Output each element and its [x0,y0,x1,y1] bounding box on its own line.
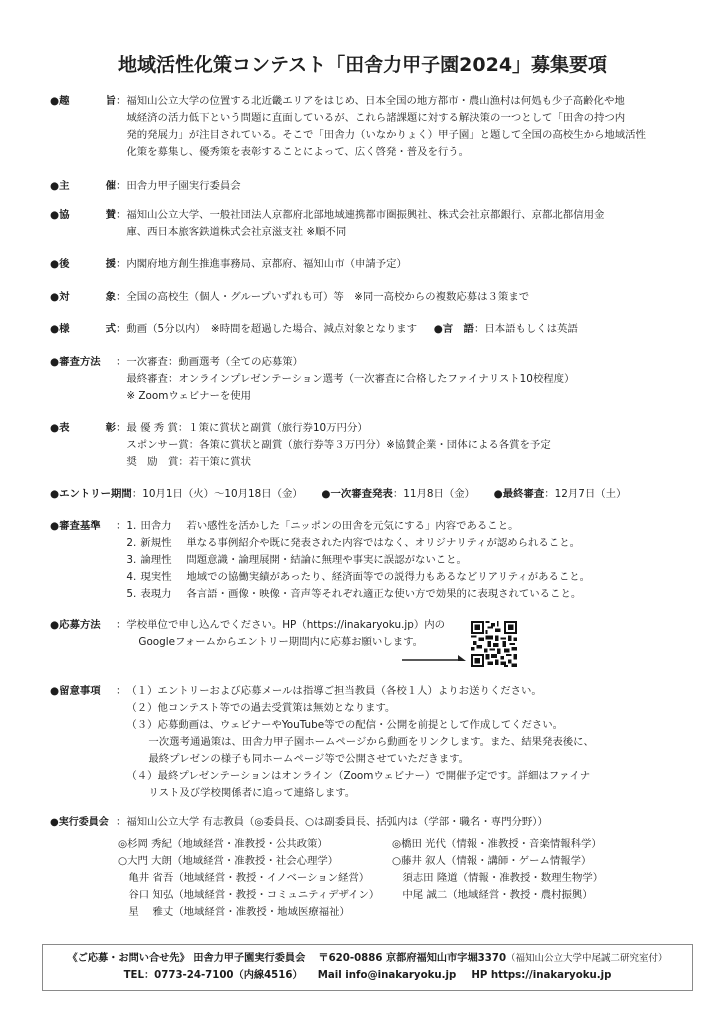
page-title: 地域活性化策コンテスト「田舎力甲子園2024」募集要項 [0,50,725,77]
contact-address-note: （福知山公立大学中尾誠二研究室付） [506,953,668,964]
contact-label: 《ご応募・お問い合せ先》 [67,953,189,964]
member: 須志田 隆道（情報・准教授・数理生物学） [392,870,652,887]
final-review-label: ●最終審査 [494,488,545,500]
note-line: （４）最終プレゼンテーションはオンライン（Zoomウェビナー）で開催予定です。詳… [126,768,594,785]
review-line: 一次審査：動画選考（全ての応募策） [126,354,574,371]
section-schedule: ●エントリー期間：10月1日（火）～10月18日（金） ●一次審査発表：11月8… [50,486,626,503]
contact-hp[interactable]: HP https://inakaryoku.jp [471,970,611,981]
member: 中尾 誠二（地域経営・教授・農村振興） [392,887,652,904]
first-review-value: 11月8日（金） [403,488,475,500]
member: ◎橋田 光代（情報・准教授・音楽情報科学） [392,836,652,853]
section-application: ●応募方法： 学校単位で申し込んでください。HP（https://inakary… [50,617,445,651]
section-sponsors: ●協賛： 福知山公立大学、一般社団法人京都府北部地域連携都市圏振興社、株式会社京… [50,207,604,241]
criteria-label: ●審査基準 [50,518,116,603]
section-eligibility: ●対象： 全国の高校生（個人・グループいずれも可）等 ※同一高校からの複数応募は… [50,289,529,306]
award-line: 奨 励 賞：若干策に賞状 [126,454,550,471]
purpose-line: 化策を募集し、優秀策を表彰することによって、広く啓発・普及を行う。 [126,144,680,161]
application-line: 学校単位で申し込んでください。HP（https://inakaryoku.jp）… [126,617,445,634]
review-line: ※ Zoomウェビナーを使用 [126,388,574,405]
section-support: ●後援： 内閣府地方創生推進事務局、京都府、福知山市（申請予定） [50,256,407,273]
sponsors-label: ●協賛 [50,207,116,241]
first-review-label: ●一次審査発表 [321,488,392,500]
support-label: ●後援 [50,256,116,273]
note-line: （３）応募動画は、ウェビナーやYouTube等での配信・公開を前提として作成して… [126,717,594,734]
language-label: ●言 語 [434,323,474,335]
purpose-line: 発的発展力」が注目されている。そこで「田舎力（いなかりょく）甲子園」と題して全国… [126,127,680,144]
language-value: 日本語もしくは英語 [484,323,578,335]
contact-tel: TEL：0773-24-7100（内線4516） [124,970,303,981]
award-line: スポンサー賞：各策に賞状と副賞（旅行券等３万円分）※協賛企業・団体による各賞を予… [126,437,550,454]
organizer-label: ●主催 [50,178,116,195]
contact-address: 〒620-0886 京都府福知山市字堀3370 [318,953,506,964]
qr-code-icon[interactable] [471,621,517,667]
section-criteria: ●審査基準： 1.田舎力若い感性を活かした「ニッポンの田舎を元気にする」内容であ… [50,518,590,603]
member: ◎杉岡 秀紀（地域経営・准教授・公共政策） [118,836,392,853]
contact-org: 田舎力甲子園実行委員会 [193,953,305,964]
eligibility-value: 全国の高校生（個人・グループいずれも可）等 ※同一高校からの複数応募は３策まで [126,289,529,306]
organizer-value: 田舎力甲子園実行委員会 [126,178,240,195]
sponsors-line: 福知山公立大学、一般社団法人京都府北部地域連携都市圏振興社、株式会社京都銀行、京… [126,207,604,224]
member [392,904,652,921]
member: ○大門 大朗（地域経営・准教授・社会心理学） [118,853,392,870]
purpose-label: ●趣旨 [50,93,116,161]
note-line: 最終プレゼンの様子も同ホームページ等で公開させていただきます。 [126,751,594,768]
support-value: 内閣府地方創生推進事務局、京都府、福知山市（申請予定） [126,256,407,273]
criteria-item: 3.論理性問題意識・論理展開・結論に無理や事実に誤認がないこと。 [126,552,590,569]
contact-mail[interactable]: Mail info@inakaryoku.jp [318,970,457,981]
review-method-label: ●審査方法 [50,354,116,405]
section-purpose: ●趣旨： 福知山公立大学の位置する北近畿エリアをはじめ、日本全国の地方都市・農山… [50,93,680,161]
member: ○藤井 叙人（情報・講師・ゲーム情報学） [392,853,652,870]
section-organizer: ●主催： 田舎力甲子園実行委員会 [50,178,241,195]
eligibility-label: ●対象 [50,289,116,306]
committee-members: ◎杉岡 秀紀（地域経営・准教授・公共政策） ◎橋田 光代（情報・准教授・音楽情報… [118,836,652,921]
section-committee: ●実行委員会： 福知山公立大学 有志教員（◎委員長、○は副委員長、括弧内は（学部… [50,814,652,921]
note-line: 一次選考通過策は、田舎力甲子園ホームページから動画をリンクします。また、結果発表… [126,734,594,751]
note-line: （１）エントリーおよび応募メールは指導ご担当教員（各校１人）よりお送りください。 [126,683,594,700]
member: 谷口 知弘（地域経営・教授・コミュニティデザイン） [118,887,392,904]
arrow-right-icon [402,653,466,663]
notes-label: ●留意事項 [50,683,116,802]
note-line: リスト及び学校関係者に追って連絡します。 [126,785,594,802]
member: 亀井 省吾（地域経営・教授・イノベーション経営） [118,870,392,887]
award-line: 最 優 秀 賞：１策に賞状と副賞（旅行券10万円分） [126,420,550,437]
application-label: ●応募方法 [50,617,116,651]
criteria-item: 5.表現力各言語・画像・映像・音声等それぞれ適正な使い方で効果的に表現されている… [126,586,590,603]
awards-label: ●表彰 [50,420,116,471]
sponsors-line: 庫、西日本旅客鉄道株式会社京滋支社 ※順不同 [126,224,604,241]
purpose-line: 域経済の活力低下という問題に直面しているが、これら諸課題に対する解決策の一つとし… [126,110,680,127]
committee-label: ●実行委員会 [50,814,116,831]
entry-period-label: ●エントリー期間 [50,488,132,500]
criteria-item: 4.現実性地域での協働実績があったり、経済面等での説得力もあるなどリアリティがあ… [126,569,590,586]
section-format: ●様式： 動画（5分以内） ※時間を超過した場合、減点対象となります ●言 語：… [50,321,578,338]
purpose-line: 福知山公立大学の位置する北近畿エリアをはじめ、日本全国の地方都市・農山漁村は何処… [126,93,680,110]
section-review-method: ●審査方法： 一次審査：動画選考（全ての応募策） 最終審査：オンラインプレゼンテ… [50,354,574,405]
application-line: Googleフォームからエントリー期間内に応募お願いします。 [126,634,445,651]
committee-intro: 福知山公立大学 有志教員（◎委員長、○は副委員長、括弧内は（学部・職名・専門分野… [126,814,652,831]
entry-period-value: 10月1日（火）～10月18日（金） [142,488,303,500]
review-line: 最終審査：オンラインプレゼンテーション選考（一次審査に合格したファイナリスト10… [126,371,574,388]
section-awards: ●表彰： 最 優 秀 賞：１策に賞状と副賞（旅行券10万円分） スポンサー賞：各… [50,420,551,471]
format-value: 動画（5分以内） ※時間を超過した場合、減点対象となります [126,323,417,335]
final-review-value: 12月7日（土） [555,488,627,500]
contact-box: 《ご応募・お問い合せ先》 田舎力甲子園実行委員会 〒620-0886 京都府福知… [42,944,693,991]
criteria-item: 1.田舎力若い感性を活かした「ニッポンの田舎を元気にする」内容であること。 [126,518,590,535]
format-label: ●様式 [50,321,116,338]
section-notes: ●留意事項： （１）エントリーおよび応募メールは指導ご担当教員（各校１人）よりお… [50,683,594,802]
member: 星 雅丈（地域経営・准教授・地域医療福祉） [118,904,392,921]
note-line: （２）他コンテスト等での過去受賞策は無効となります。 [126,700,594,717]
criteria-item: 2.新規性単なる事例紹介や既に発表された内容ではなく、オリジナリティが認められる… [126,535,590,552]
